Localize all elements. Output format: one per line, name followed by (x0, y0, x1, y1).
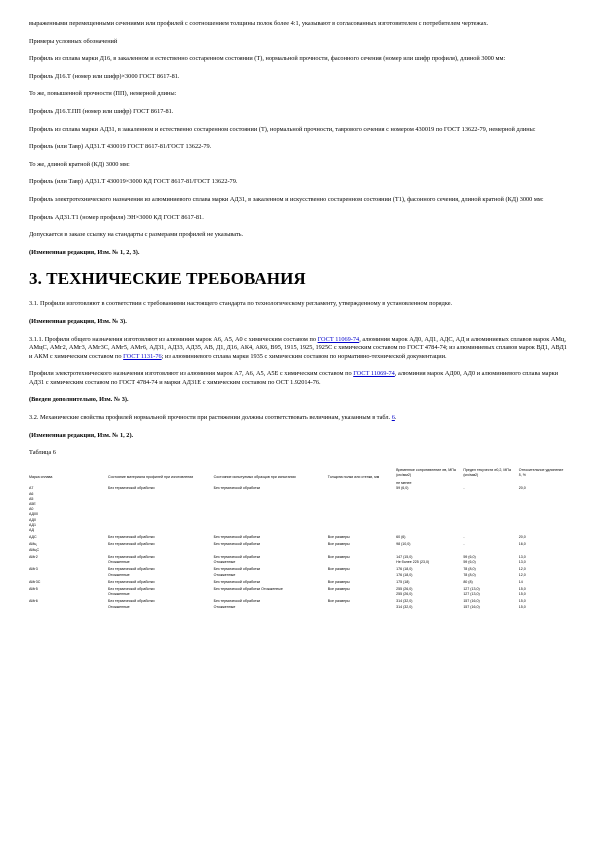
paragraph-3-1-1: 3.1.1. Профили общего назначения изготов… (29, 336, 569, 362)
order-note: Допускается в заказе ссылку на стандарты… (29, 231, 569, 240)
intro-continuation: выраженными перемещенными сечениями или … (29, 20, 569, 29)
section-title: 3. ТЕХНИЧЕСКИЕ ТРЕБОВАНИЯ (29, 270, 569, 288)
change-note-intro: (Измененная редакция, Изм. № 1, 2, 3). (29, 249, 569, 258)
header-elongation: Относительное удлинение δ, % (519, 468, 569, 478)
table-row: АМг5 Без термической обработки Отожженны… (29, 587, 569, 599)
gost-1131-link[interactable]: ГОСТ 1131-76 (123, 353, 161, 360)
example-2: То же, повышенной прочности (ПП), немерн… (29, 90, 569, 99)
table-row: АМг3 Без термической обработки Отожженны… (29, 567, 569, 579)
table-row: АМг6 Без термической обработки Отожженны… (29, 599, 569, 611)
paragraph-3-1: 3.1. Профили изготовляют в соответствии … (29, 300, 569, 309)
table-row: А7 А6 А5 А5Е А0 АД00 АД0 АД1 АД Без терм… (29, 486, 569, 535)
document-page: выраженными перемещенными сечениями или … (29, 20, 569, 612)
gost-11069-link[interactable]: ГОСТ 11069-74 (318, 336, 360, 343)
table-row: АМг2 Без термической обработки Отожженны… (29, 555, 569, 567)
header-tensile: Временное сопротивление σв, МПа (кгс/мм2… (396, 468, 463, 478)
table-header-row: Марка сплава Состояние материала профиле… (29, 468, 569, 478)
header-thickness: Толщина полки или стенки, мм (328, 468, 396, 487)
example-1-code: Профиль Д16.Т (номер или шифр)×3000 ГОСТ… (29, 73, 569, 82)
header-not-less: не менее (396, 478, 463, 486)
table-row: АМг3С Без термической обработки Без терм… (29, 580, 569, 587)
header-yield: Предел текучести σ0,2, МПа (кгс/мм2) (463, 468, 518, 478)
change-note-added: (Введен дополнительно, Изм. № 3). (29, 396, 569, 405)
example-3-code: Профиль (или Тавр) АД31.Т 430019 ГОСТ 86… (29, 143, 569, 152)
table-row: АМц АМцС Без термической обработки Без т… (29, 542, 569, 554)
example-2-code: Профиль Д16.Т.ПП (номер или шифр) ГОСТ 8… (29, 108, 569, 117)
change-note-3-2: (Измененная редакция, Изм. № 1, 2). (29, 432, 569, 441)
table-title: Таблица 6 (29, 449, 569, 458)
header-state-test: Состояние испытуемых образцов при испыта… (214, 468, 328, 487)
paragraph-electrotechnical: Профили электротехнического назначения и… (29, 370, 569, 387)
example-3: Профиль из сплава марки АД31, в закаленн… (29, 126, 569, 135)
example-5-code: Профиль АД31.Т1 (номер профиля) ЭН×3000 … (29, 214, 569, 223)
gost-11069-link-2[interactable]: ГОСТ 11069-74 (353, 370, 395, 377)
examples-title: Примеры условных обозначений (29, 38, 569, 47)
example-4: То же, длиной кратной (КД) 3000 мм: (29, 161, 569, 170)
table-row: АДС Без термической обработки Без термич… (29, 535, 569, 542)
header-grade: Марка сплава (29, 468, 108, 487)
example-4-code: Профиль (или Тавр) АД31.Т 430019×3000 КД… (29, 178, 569, 187)
change-note-3-1: (Измененная редакция, Изм. № 3). (29, 318, 569, 327)
example-1: Профиль из сплава марки Д16, в закаленно… (29, 55, 569, 64)
example-5: Профиль электротехнического назначения и… (29, 196, 569, 205)
mechanical-properties-table: Марка сплава Состояние материала профиле… (29, 468, 569, 612)
header-state-manufacture: Состояние материала профилей при изготов… (108, 468, 214, 487)
paragraph-3-2: 3.2. Механические свойства профилей норм… (29, 414, 569, 423)
